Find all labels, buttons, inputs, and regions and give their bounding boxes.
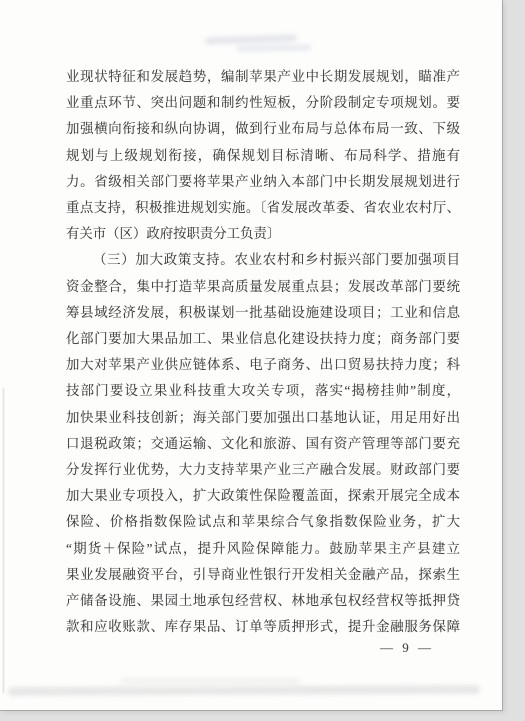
text-line: 重点支持，积极推进规划实施。〔省发展改革委、省农业农村厅、 [66,195,460,221]
text-line: （三）加大政策支持。农业农村和乡村振兴部门要加强项目 [66,247,460,273]
smudge-stroke [237,44,311,51]
text-line: 款和应收账款、库存果品、订单等质押形式，提升金融服务保障 [66,614,460,640]
text-line: 保险、价格指数保险试点和苹果综合气象指数保险业务，扩大 [66,509,460,535]
text-line: 业现状特征和发展趋势，编制苹果产业中长期发展规划，瞄准产 [66,64,460,90]
scan-bleedthrough-smudge [195,30,325,56]
text-line: 分发挥行业优势，大力支持苹果产业三产融合发展。财政部门要 [66,457,460,483]
document-body: 业现状特征和发展趋势，编制苹果产业中长期发展规划，瞄准产业重点环节、突出问题和制… [66,64,460,640]
text-line: 果业发展融资平台，引导商业性银行开发相关金融产品，探索生 [66,562,460,588]
text-line: 加大果业专项投入，扩大政策性保险覆盖面，探索开展完全成本 [66,483,460,509]
text-line: 业重点环节、突出问题和制约性短板，分阶段制定专项规划。要 [66,90,460,116]
smudge-stroke [205,34,297,44]
text-line: 筹县域经济发展，积极谋划一批基础设施建设项目；工业和信息 [66,300,460,326]
text-line: 规划与上级规划衔接，确保规划目标清晰、布局科学、措施有 [66,143,460,169]
document-page: 业现状特征和发展趋势，编制苹果产业中长期发展规划，瞄准产业重点环节、突出问题和制… [0,0,503,711]
text-line: 技部门要设立果业科技重大攻关专项，落实“揭榜挂帅”制度， [66,378,460,404]
scan-bleedthrough-streak [120,678,300,684]
text-line: 口退税政策；交通运输、文化和旅游、国有资产管理等部门要充 [66,431,460,457]
text-line: 资金整合，集中打造苹果高质量发展重点县；发展改革部门要统 [66,274,460,300]
page-number: — 9 — [380,640,434,656]
text-line: 产储备设施、果园土地承包经营权、林地承包权经营权等抵押贷 [66,588,460,614]
text-line: 加快果业科技创新；海关部门要加强出口基地认证，用足用好出 [66,405,460,431]
text-line: 有关市（区）政府按职责分工负责〕 [66,221,460,247]
scan-line-artifact [3,388,4,693]
text-line: 加强横向衔接和纵向协调，做到行业布局与总体布局一致、下级 [66,116,460,142]
scan-bleedthrough-streak [8,685,480,696]
text-line: 加大对苹果产业供应链体系、电子商务、出口贸易扶持力度；科 [66,352,460,378]
text-line: “期货＋保险”试点，提升风险保障能力。鼓励苹果主产县建立 [66,536,460,562]
scan-viewport: 业现状特征和发展趋势，编制苹果产业中长期发展规划，瞄准产业重点环节、突出问题和制… [0,0,525,721]
text-line: 化部门要加大果品加工、果业信息化建设扶持力度；商务部门要 [66,326,460,352]
text-line: 力。省级相关部门要将苹果产业纳入本部门中长期发展规划进行 [66,169,460,195]
